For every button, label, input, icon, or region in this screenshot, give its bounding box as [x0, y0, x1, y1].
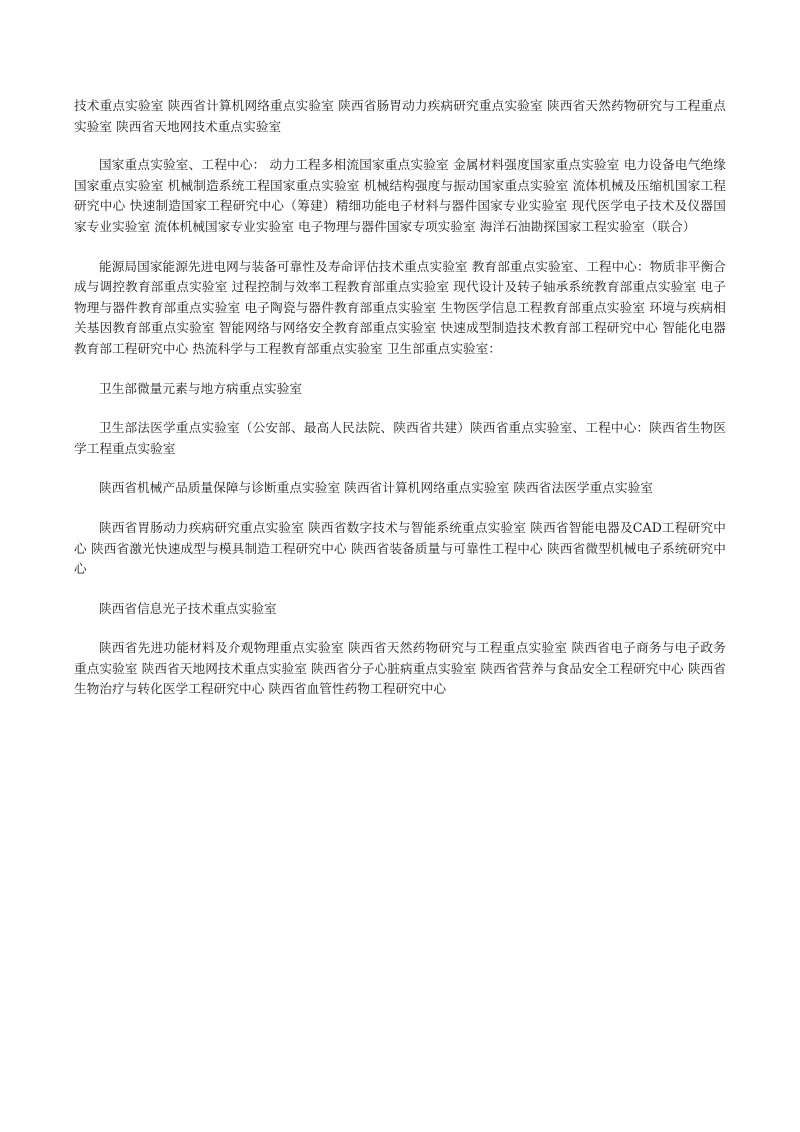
paragraph-national-labs: 国家重点实验室、工程中心： 动力工程多相流国家重点实验室 金属材料强度国家重点实…	[74, 155, 726, 237]
paragraph-continuation: 技术重点实验室 陕西省计算机网络重点实验室 陕西省肠胃动力疾病研究重点实验室 陕…	[74, 96, 726, 137]
paragraph-shaanxi-labs-3: 陕西省先进功能材料及介观物理重点实验室 陕西省天然药物研究与工程重点实验室 陕西…	[74, 638, 726, 700]
paragraph-health-forensic: 卫生部法医学重点实验室（公安部、最高人民法院、陕西省共建）陕西省重点实验室、工程…	[74, 418, 726, 459]
paragraph-shaanxi-photonics: 陕西省信息光子技术重点实验室	[74, 599, 726, 620]
document-page: 技术重点实验室 陕西省计算机网络重点实验室 陕西省肠胃动力疾病研究重点实验室 陕…	[74, 96, 726, 719]
paragraph-health-trace-elements: 卫生部微量元素与地方病重点实验室	[74, 379, 726, 400]
paragraph-shaanxi-labs-1: 陕西省机械产品质量保障与诊断重点实验室 陕西省计算机网络重点实验室 陕西省法医学…	[74, 478, 726, 499]
paragraph-ministry-labs: 能源局国家能源先进电网与装备可靠性及寿命评估技术重点实验室 教育部重点实验室、工…	[74, 257, 726, 360]
paragraph-shaanxi-labs-2: 陕西省胃肠动力疾病研究重点实验室 陕西省数字技术与智能系统重点实验室 陕西省智能…	[74, 518, 726, 580]
